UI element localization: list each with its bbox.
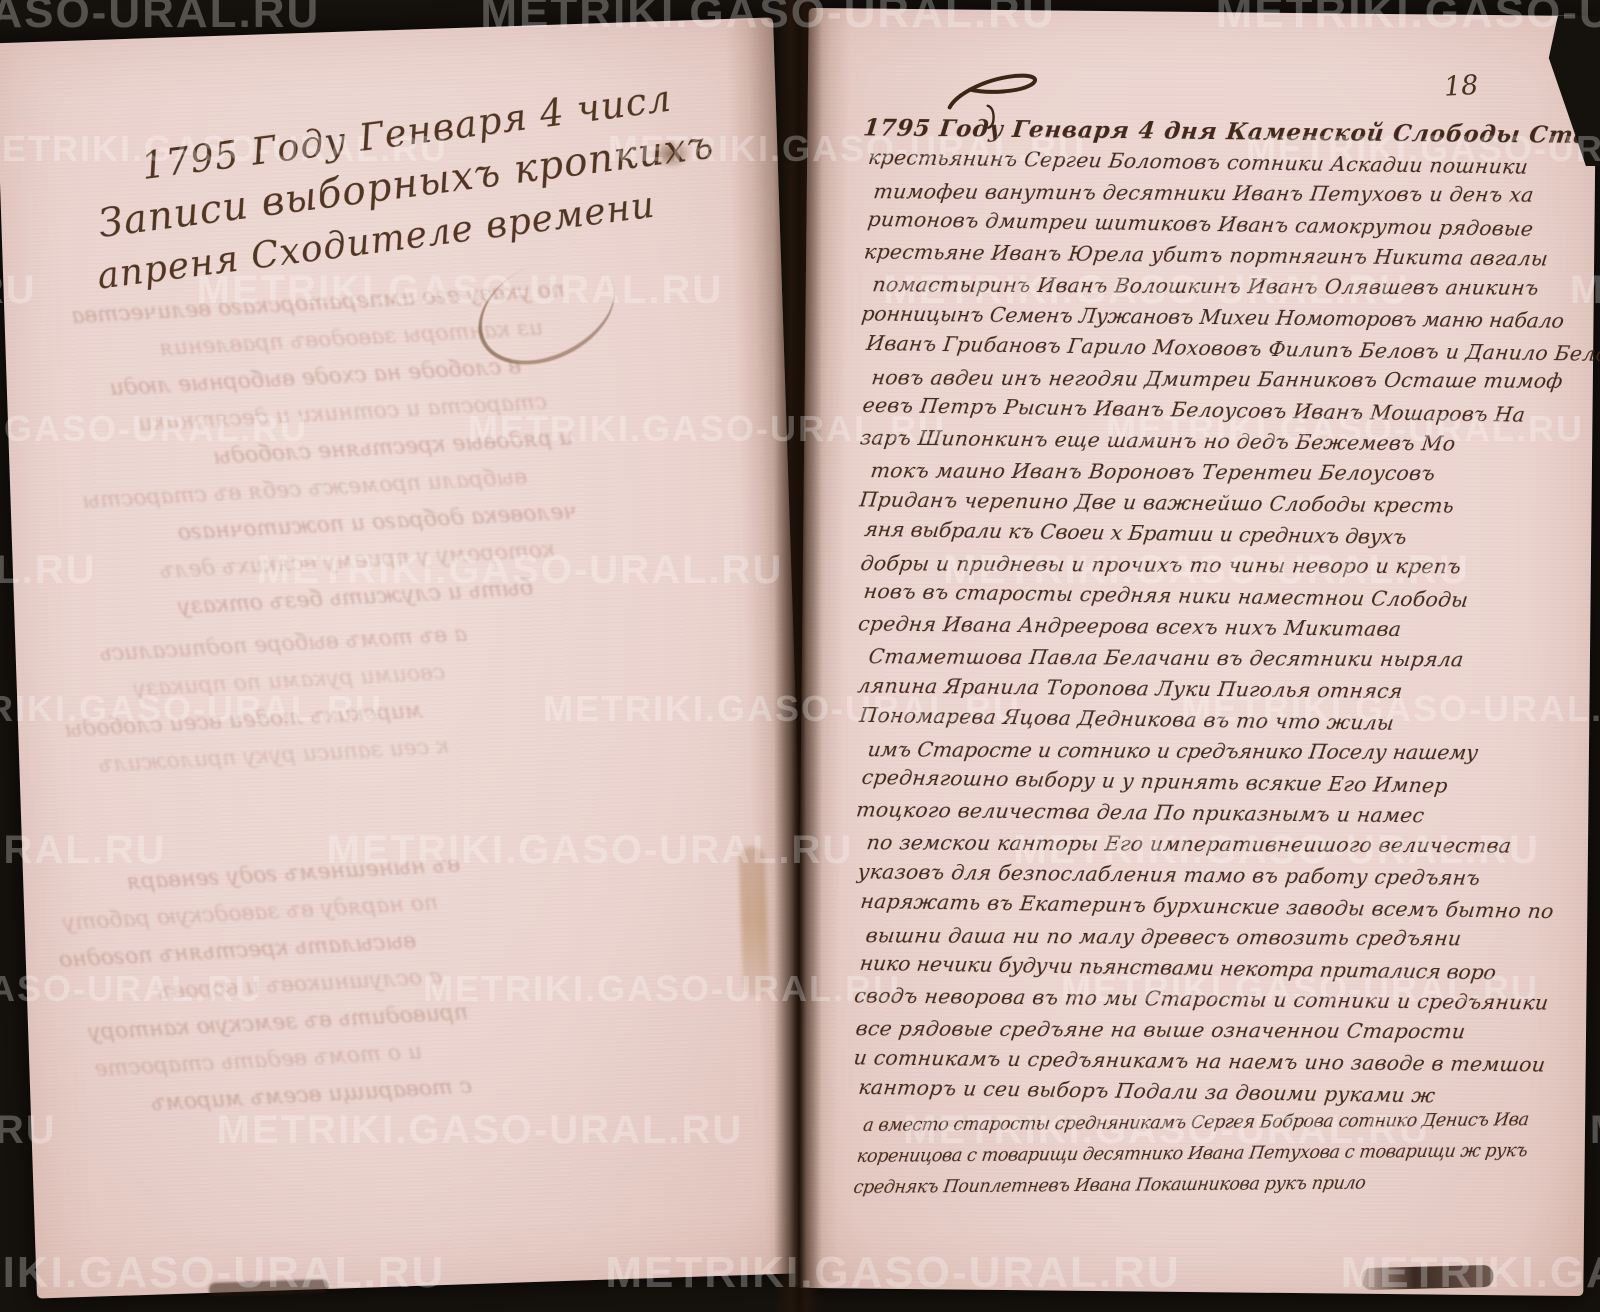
left-heading: 1795 Году Генваря 4 числЗаписи выборныхъ… — [81, 68, 724, 304]
bleedthrough-text: а въ томъ выборе подписалисьсвоими рукам… — [60, 616, 475, 786]
page-number: 18 — [1443, 70, 1479, 103]
manuscript-text: 1795 Году Генваря 4 дня Каменской Слобод… — [852, 112, 1563, 1204]
ink-stain — [209, 1279, 329, 1297]
manuscript-line: среднякъ Поиплетневъ Ивана Покашникова р… — [849, 1167, 1555, 1204]
book-gutter — [774, 0, 822, 1312]
bleedthrough-text: въ нынешнемъ году генваряпо наряду въ за… — [54, 846, 473, 1127]
left-page: 1795 Году Генваря 4 числЗаписи выборныхъ… — [0, 17, 815, 1298]
paper-stain — [738, 846, 769, 997]
manuscript-scan: 1795 Году Генваря 4 числЗаписи выборныхъ… — [0, 0, 1600, 1312]
ink-stain — [1361, 1265, 1493, 1290]
watermark-text: METRIKI.GASO-URAL.RU — [1590, 1108, 1600, 1152]
watermark-text: METRIKI.GASO-URAL.RU — [0, 0, 320, 37]
right-page: 18 1795 Году Генваря 4 дня Каменской Сло… — [795, 8, 1596, 1296]
